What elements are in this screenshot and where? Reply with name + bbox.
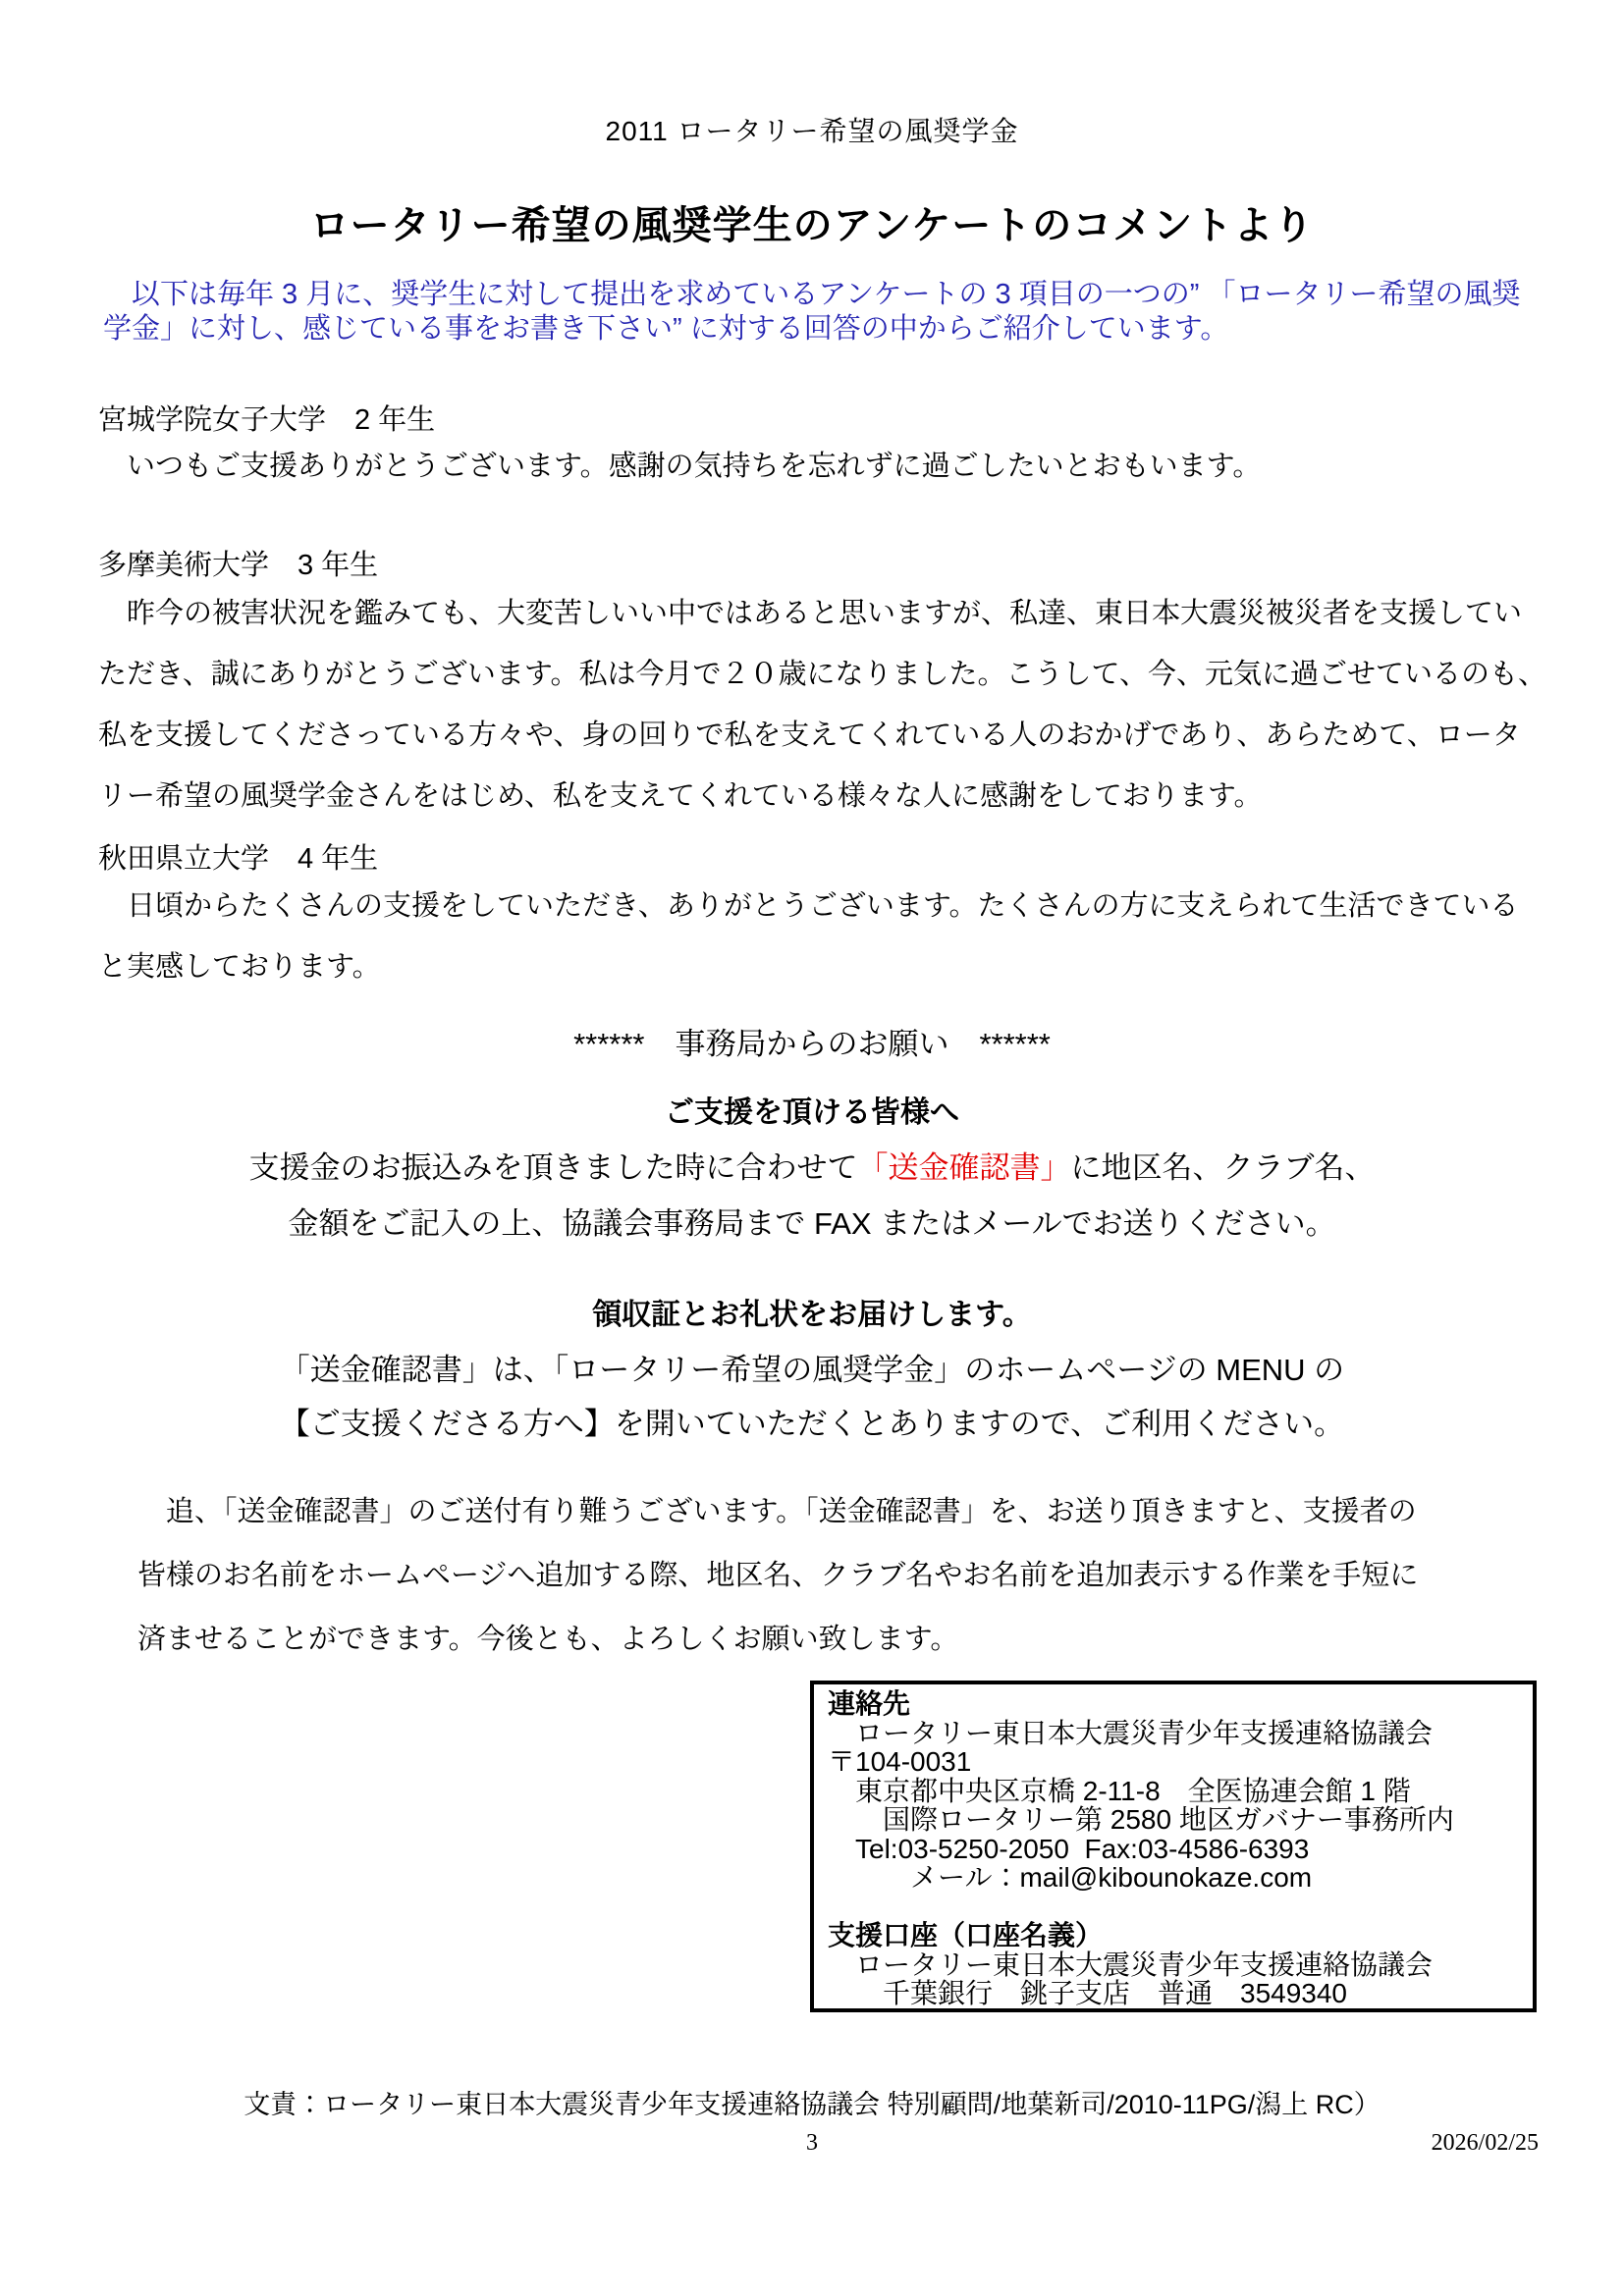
comment-paragraph: いつもご支援ありがとうございます。感謝の気持ちを忘れずに過ごしたいとおもいます。 bbox=[98, 436, 1261, 497]
remittance-form-red-text: 「送金確認書」 bbox=[858, 1150, 1071, 1185]
comment-line: 日頃からたくさんの支援をしていただき、ありがとうございます。たくさんの方に支えら… bbox=[98, 876, 1519, 936]
transfer-instruction-text: に地区名、クラブ名、 bbox=[1071, 1150, 1376, 1185]
comment-line: と実感しております。 bbox=[98, 936, 1519, 997]
contact-box: 連絡先 ロータリー東日本大震災青少年支援連絡協議会 〒104-0031 東京都中… bbox=[810, 1681, 1537, 2012]
intro-paragraph: 以下は毎年 3 月に、奨学生に対して提出を求めているアンケートの 3 項目の一つ… bbox=[103, 278, 1520, 347]
menu-instruction-line2: 【ご支援くださる方へ】を開いていただくとありますので、ご利用ください。 bbox=[0, 1399, 1624, 1443]
support-heading: ご支援を頂ける皆様へ bbox=[0, 1088, 1624, 1131]
comment-paragraph: 昨今の被害状況を鑑みても、大変苦しいい中ではあると思いますが、私達、東日本大震災… bbox=[98, 583, 1546, 827]
account-detail: 千葉銀行 銚子支店 普通 3549340 bbox=[828, 1979, 1519, 2008]
page-number: 3 bbox=[0, 2130, 1624, 2157]
receipt-heading: 領収証とお礼状をお届けします。 bbox=[0, 1290, 1624, 1333]
email-line: メール：mail@kibounokaze.com bbox=[828, 1863, 1519, 1893]
telfax-line: Tel:03-5250-2050 Fax:03-4586-6393 bbox=[828, 1835, 1519, 1864]
transfer-instruction-text: 支援金のお振込みを頂きました時に合わせて bbox=[249, 1150, 858, 1185]
footer-credit: 文責：ロータリー東日本大震災青少年支援連絡協議会 特別顧問/地葉新司/2010-… bbox=[0, 2083, 1624, 2121]
postscript-line: 追、「送金確認書」のご送付有り難うございます。「送金確認書」を、お送り頂きますと… bbox=[137, 1480, 1418, 1544]
comment-line: ただき、誠にありがとうございます。私は今月で２０歳になりました。こうして、今、元… bbox=[98, 644, 1546, 705]
comment-line: 昨今の被害状況を鑑みても、大変苦しいい中ではあると思いますが、私達、東日本大震災… bbox=[98, 583, 1546, 644]
document-page: 2011 ロータリー希望の風奨学金 ロータリー希望の風奨学生のアンケートのコメン… bbox=[0, 0, 1624, 2296]
page-header: 2011 ロータリー希望の風奨学金 bbox=[0, 110, 1624, 149]
blank-line bbox=[828, 1893, 1519, 1922]
postscript-paragraph: 追、「送金確認書」のご送付有り難うございます。「送金確認書」を、お送り頂きますと… bbox=[137, 1480, 1418, 1672]
contact-heading: 連絡先 bbox=[828, 1689, 1519, 1719]
address-line1: 東京都中央区京橋 2-11-8 全医協連会館 1 階 bbox=[828, 1777, 1519, 1806]
postal-code: 〒104-0031 bbox=[828, 1747, 1519, 1777]
comment-line: リー希望の風奨学金さんをはじめ、私を支えてくれている様々な人に感謝をしております… bbox=[98, 766, 1546, 827]
comment-line: いつもご支援ありがとうございます。感謝の気持ちを忘れずに過ごしたいとおもいます。 bbox=[98, 436, 1261, 497]
page-title: ロータリー希望の風奨学生のアンケートのコメントより bbox=[0, 194, 1624, 250]
address-line2: 国際ロータリー第 2580 地区ガバナー事務所内 bbox=[828, 1805, 1519, 1835]
intro-line: 学金」に対し、感じている事をお書き下さい” に対する回答の中からご紹介しています… bbox=[103, 312, 1520, 347]
menu-instruction-line1: 「送金確認書」は、「ロータリー希望の風奨学金」のホームページの MENU の bbox=[0, 1345, 1624, 1389]
transfer-instruction-line1: 支援金のお振込みを頂きました時に合わせて「送金確認書」に地区名、クラブ名、 bbox=[0, 1143, 1624, 1187]
postscript-line: 皆様のお名前をホームページへ追加する際、地区名、クラブ名やお名前を追加表示する作… bbox=[137, 1544, 1418, 1608]
account-name: ロータリー東日本大震災青少年支援連絡協議会 bbox=[828, 1950, 1519, 1980]
comment-line: 私を支援してくださっている方々や、身の回りで私を支えてくれている人のおかげであり… bbox=[98, 705, 1546, 766]
office-request-heading: ****** 事務局からのお願い ****** bbox=[0, 1019, 1624, 1063]
intro-line: 以下は毎年 3 月に、奨学生に対して提出を求めているアンケートの 3 項目の一つ… bbox=[103, 278, 1520, 312]
transfer-instruction-line2: 金額をご記入の上、協議会事務局まで FAX またはメールでお送りください。 bbox=[0, 1199, 1624, 1243]
comment-paragraph: 日頃からたくさんの支援をしていただき、ありがとうございます。たくさんの方に支えら… bbox=[98, 876, 1519, 997]
postscript-line: 済ませることができます。今後とも、よろしくお願い致します。 bbox=[137, 1608, 1418, 1672]
account-heading: 支援口座（口座名義） bbox=[828, 1921, 1519, 1950]
org-name: ロータリー東日本大震災青少年支援連絡協議会 bbox=[828, 1719, 1519, 1748]
document-date: 2026/02/25 bbox=[1432, 2130, 1539, 2157]
